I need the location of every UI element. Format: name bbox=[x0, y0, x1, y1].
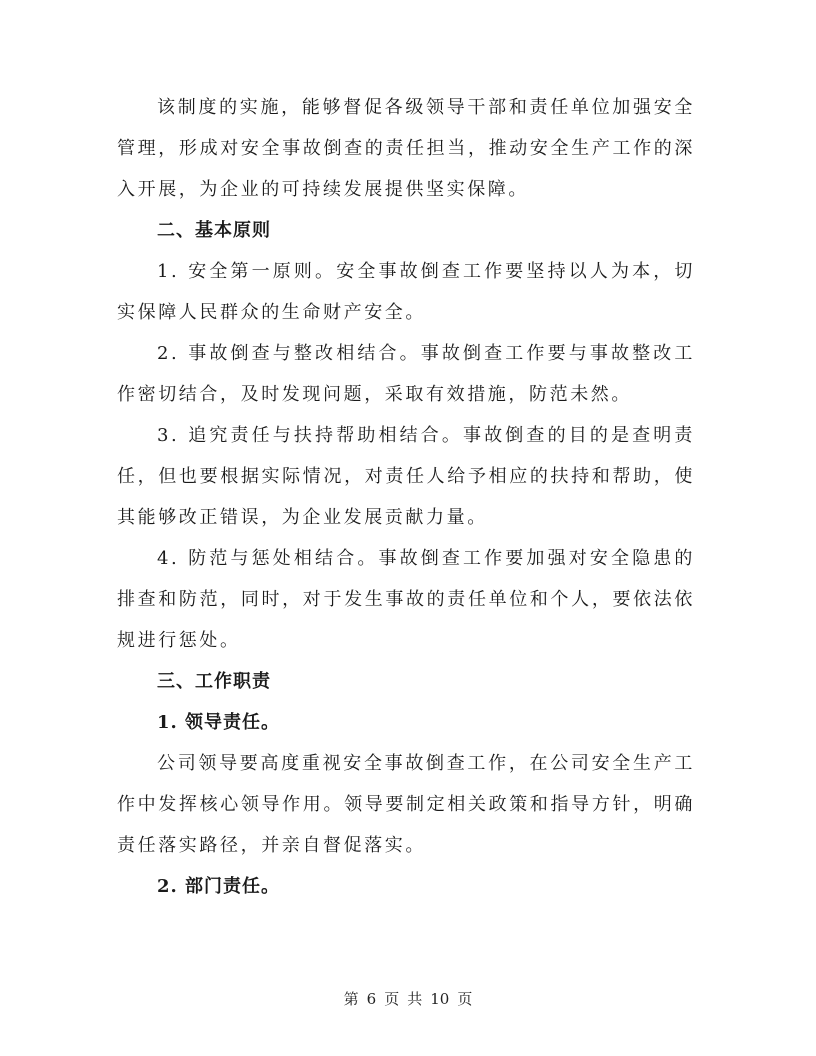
paragraph-implementation: 该制度的实施，能够督促各级领导干部和责任单位加强安全管理，形成对安全事故倒查的责… bbox=[117, 87, 695, 210]
footer-total-label: 页 bbox=[457, 990, 472, 1008]
paragraph-leadership-responsibility: 公司领导要高度重视安全事故倒查工作，在公司安全生产工作中发挥核心领导作用。领导要… bbox=[117, 743, 695, 866]
subheading-leadership-responsibility: 1. 领导责任。 bbox=[117, 702, 695, 743]
paragraph-principle-2: 2. 事故倒查与整改相结合。事故倒查工作要与事故整改工作密切结合，及时发现问题，… bbox=[117, 333, 695, 415]
section-heading-basic-principles: 二、基本原则 bbox=[117, 210, 695, 251]
footer-page-label: 页 bbox=[384, 990, 399, 1008]
page-footer: 第6页共10页 bbox=[0, 988, 816, 1009]
paragraph-principle-1: 1. 安全第一原则。安全事故倒查工作要坚持以人为本，切实保障人民群众的生命财产安… bbox=[117, 251, 695, 333]
footer-prefix: 第 bbox=[344, 990, 359, 1008]
section-heading-work-duties: 三、工作职责 bbox=[117, 661, 695, 702]
footer-total-pages: 10 bbox=[430, 990, 449, 1008]
paragraph-principle-4: 4. 防范与惩处相结合。事故倒查工作要加强对安全隐患的排查和防范，同时，对于发生… bbox=[117, 538, 695, 661]
footer-total-prefix: 共 bbox=[407, 990, 422, 1008]
document-body: 该制度的实施，能够督促各级领导干部和责任单位加强安全管理，形成对安全事故倒查的责… bbox=[117, 87, 695, 907]
subheading-department-responsibility: 2. 部门责任。 bbox=[117, 866, 695, 907]
paragraph-principle-3: 3. 追究责任与扶持帮助相结合。事故倒查的目的是查明责任，但也要根据实际情况，对… bbox=[117, 415, 695, 538]
footer-current-page: 6 bbox=[367, 990, 377, 1008]
